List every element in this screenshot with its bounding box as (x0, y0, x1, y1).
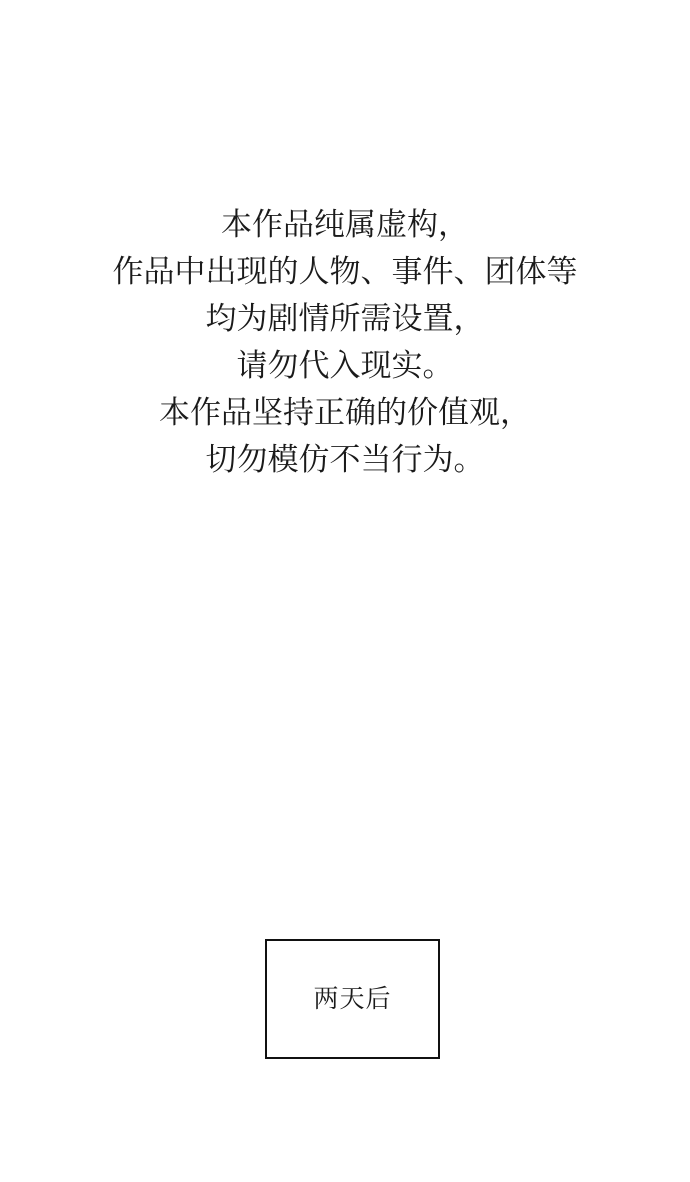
disclaimer-line: 作品中出现的人物、事件、团体等 (0, 248, 690, 295)
disclaimer-line: 本作品坚持正确的价值观， (0, 389, 690, 436)
disclaimer-line: 切勿模仿不当行为。 (0, 436, 690, 483)
comic-page: 本作品纯属虚构， 作品中出现的人物、事件、团体等 均为剧情所需设置， 请勿代入现… (0, 0, 690, 1182)
disclaimer-line: 均为剧情所需设置， (0, 295, 690, 342)
disclaimer-line: 请勿代入现实。 (0, 342, 690, 389)
disclaimer-text: 本作品纯属虚构， 作品中出现的人物、事件、团体等 均为剧情所需设置， 请勿代入现… (0, 201, 690, 483)
disclaimer-line: 本作品纯属虚构， (0, 201, 690, 248)
time-skip-caption-box: 两天后 (265, 939, 440, 1059)
time-skip-caption-text: 两天后 (313, 987, 391, 1012)
